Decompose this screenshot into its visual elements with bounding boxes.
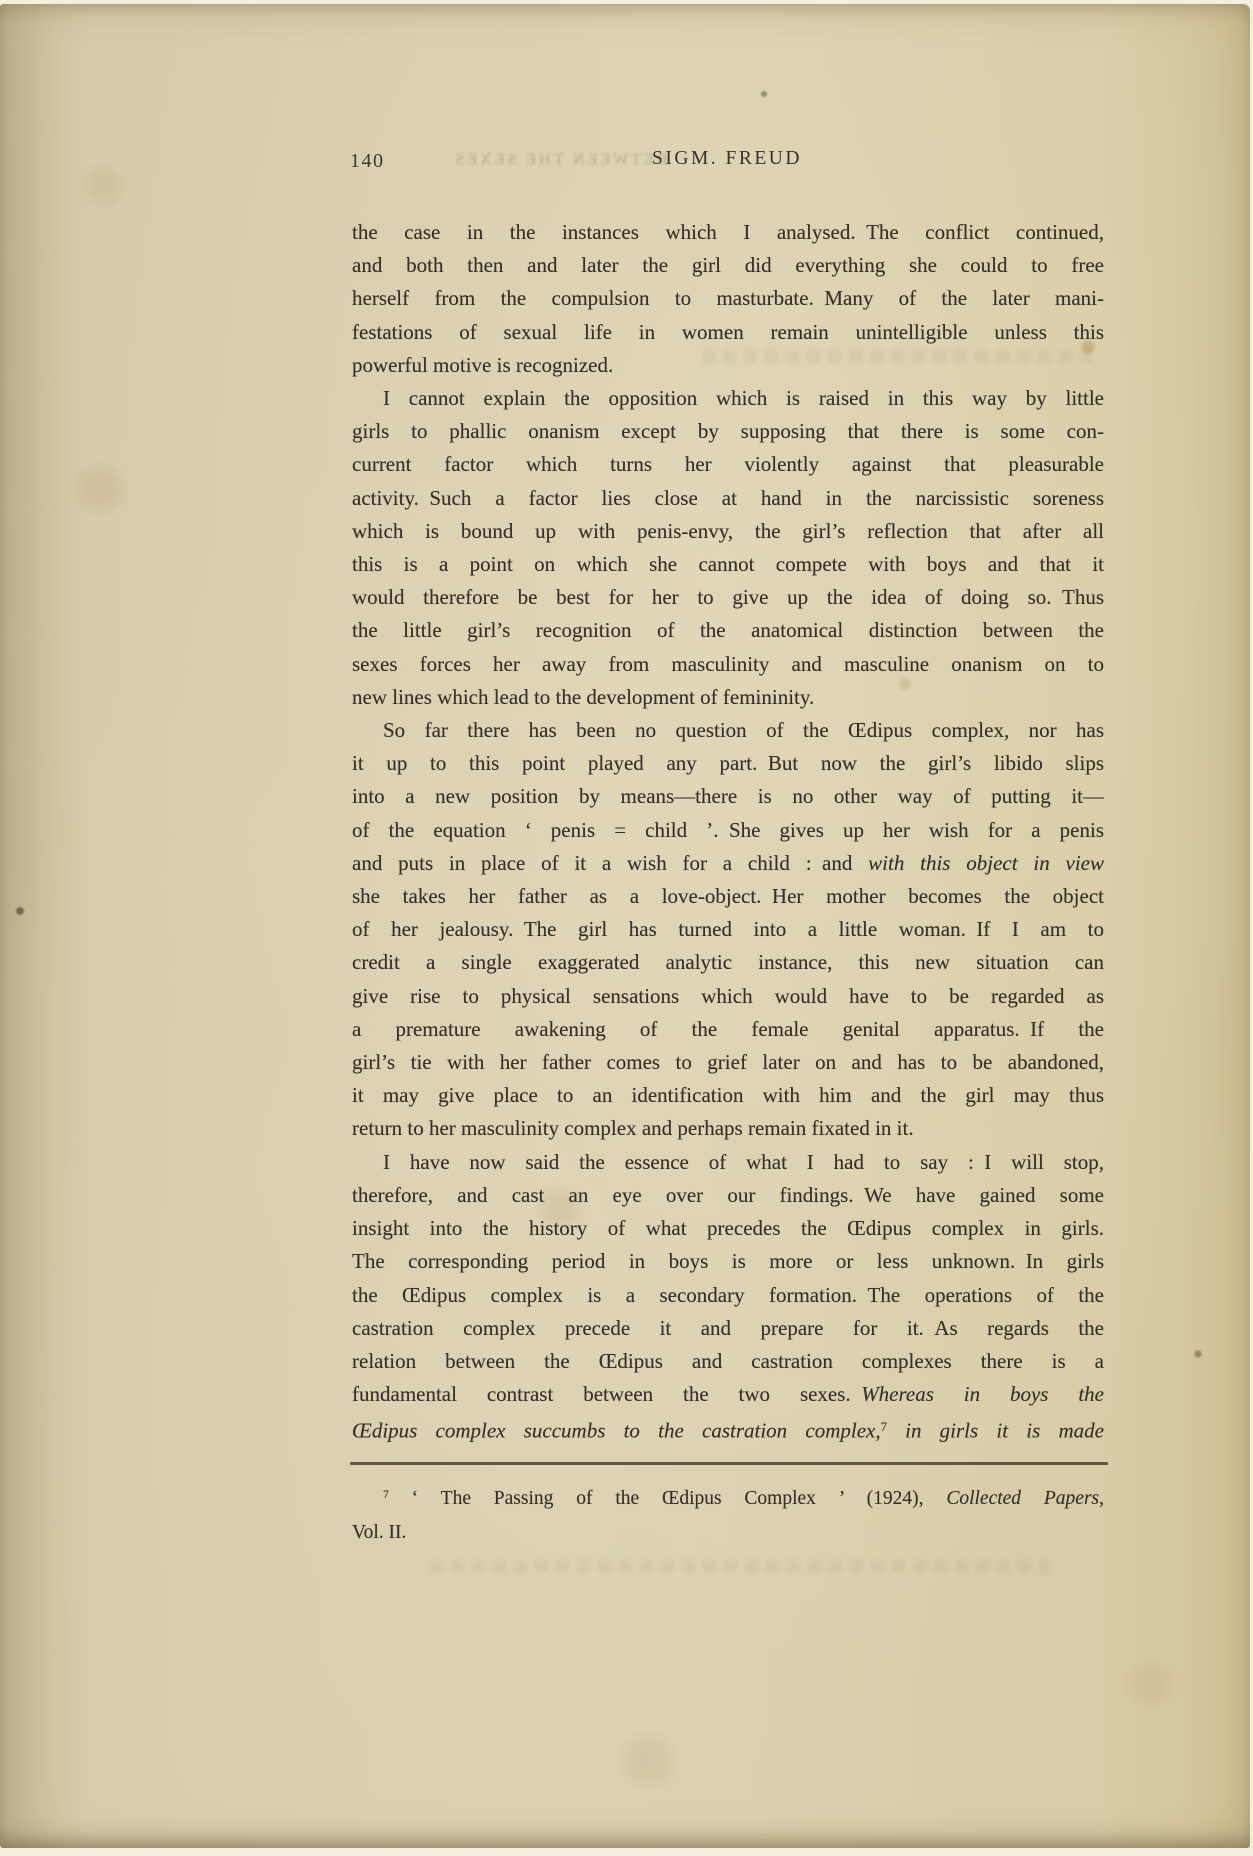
- text-line: therefore, and cast an eye over our find…: [352, 1179, 1104, 1212]
- text-segment: powerful motive is recognized.: [352, 353, 613, 377]
- text-segment: which is bound up with penis-envy, the g…: [352, 519, 1104, 543]
- text-line: Œdipus complex succumbs to the castratio…: [352, 1411, 1104, 1448]
- text-line: So far there has been no question of the…: [352, 714, 1104, 747]
- show-through-smudge: [430, 1560, 1050, 1573]
- text-line: it up to this point played any part. But…: [352, 747, 1104, 780]
- italic-text: with this object in view: [868, 851, 1104, 875]
- text-segment: current factor which turns her violently…: [352, 452, 1104, 476]
- text-line: the case in the instances which I analys…: [352, 216, 1104, 249]
- text-segment: The corresponding period in boys is more…: [352, 1249, 1104, 1273]
- text-line: would therefore be best for her to give …: [352, 581, 1104, 614]
- text-segment: give rise to physical sensations which w…: [352, 984, 1104, 1008]
- text-segment: of the equation ‘ penis = child ’. She g…: [352, 818, 1104, 842]
- text-segment: Vol. II.: [352, 1522, 406, 1543]
- text-line: festations of sexual life in women remai…: [352, 316, 1104, 349]
- page-body-text: the case in the instances which I analys…: [352, 216, 1104, 1448]
- text-line: fundamental contrast between the two sex…: [352, 1378, 1104, 1411]
- page-header: 140 BETWEEN THE SEXES SIGM. FREUD: [350, 148, 1104, 176]
- text-line: into a new position by means—there is no…: [352, 780, 1104, 813]
- text-line: girl’s tie with her father comes to grie…: [352, 1046, 1104, 1079]
- text-line: I cannot explain the opposition which is…: [352, 382, 1104, 415]
- text-line: The corresponding period in boys is more…: [352, 1245, 1104, 1278]
- footnote: 7 ‘ The Passing of the Œdipus Complex ’ …: [352, 1478, 1104, 1549]
- text-segment: and puts in place of it a wish for a chi…: [352, 851, 868, 875]
- text-segment: festations of sexual life in women remai…: [352, 320, 1104, 344]
- text-segment: new lines which lead to the development …: [352, 685, 814, 709]
- text-line: the Œdipus complex is a secondary format…: [352, 1279, 1104, 1312]
- text-segment: return to her masculinity complex and pe…: [352, 1116, 914, 1140]
- text-line: the little girl’s recognition of the ana…: [352, 614, 1104, 647]
- text-segment: of her jealousy. The girl has turned int…: [352, 917, 1104, 941]
- text-segment: girl’s tie with her father comes to grie…: [352, 1050, 1104, 1074]
- text-line: return to her masculinity complex and pe…: [352, 1112, 1104, 1145]
- text-line: of the equation ‘ penis = child ’. She g…: [352, 814, 1104, 847]
- text-line: I have now said the essence of what I ha…: [352, 1146, 1104, 1179]
- text-line: give rise to physical sensations which w…: [352, 980, 1104, 1013]
- text-line: castration complex precede it and prepar…: [352, 1312, 1104, 1345]
- text-segment: ,: [1099, 1488, 1104, 1509]
- footnote-rule: [350, 1462, 1108, 1465]
- text-segment: this is a point on which she cannot comp…: [352, 552, 1104, 576]
- text-segment: and both then and later the girl did eve…: [352, 253, 1104, 277]
- text-line: credit a single exaggerated analytic ins…: [352, 946, 1104, 979]
- text-line: girls to phallic onanism except by suppo…: [352, 415, 1104, 448]
- text-line: she takes her father as a love-object. H…: [352, 880, 1104, 913]
- text-segment: it up to this point played any part. But…: [352, 751, 1104, 775]
- text-segment: the Œdipus complex is a secondary format…: [352, 1283, 1104, 1307]
- text-segment: So far there has been no question of the…: [383, 718, 1104, 742]
- text-line: Vol. II.: [352, 1516, 1104, 1550]
- italic-text: Whereas in boys the: [861, 1382, 1104, 1406]
- text-line: sexes forces her away from masculinity a…: [352, 648, 1104, 681]
- text-line: which is bound up with penis-envy, the g…: [352, 515, 1104, 548]
- text-segment: a premature awakening of the female geni…: [352, 1017, 1104, 1041]
- text-segment: into a new position by means—there is no…: [352, 784, 1104, 808]
- text-segment: insight into the history of what precede…: [352, 1216, 1104, 1240]
- text-line: powerful motive is recognized.: [352, 349, 1104, 382]
- text-segment: sexes forces her away from masculinity a…: [352, 652, 1104, 676]
- text-segment: would therefore be best for her to give …: [352, 585, 1104, 609]
- text-segment: therefore, and cast an eye over our find…: [352, 1183, 1104, 1207]
- text-line: this is a point on which she cannot comp…: [352, 548, 1104, 581]
- text-line: new lines which lead to the development …: [352, 681, 1104, 714]
- running-head: SIGM. FREUD: [350, 148, 1104, 170]
- scanned-book-page: { "page": { "number": "140", "running_he…: [0, 0, 1253, 1856]
- text-segment: the case in the instances which I analys…: [352, 220, 1104, 244]
- text-line: it may give place to an identification w…: [352, 1079, 1104, 1112]
- text-segment: castration complex precede it and prepar…: [352, 1316, 1104, 1340]
- text-segment: ‘ The Passing of the Œdipus Complex ’ (1…: [389, 1488, 946, 1509]
- text-segment: credit a single exaggerated analytic ins…: [352, 950, 1104, 974]
- page-paper: 140 BETWEEN THE SEXES SIGM. FREUD the ca…: [0, 4, 1250, 1848]
- text-segment: she takes her father as a love-object. H…: [352, 884, 1104, 908]
- text-segment: I cannot explain the opposition which is…: [383, 386, 1104, 410]
- text-segment: fundamental contrast between the two sex…: [352, 1382, 861, 1406]
- italic-text: Collected Papers: [946, 1488, 1099, 1509]
- text-line: 7 ‘ The Passing of the Œdipus Complex ’ …: [352, 1478, 1104, 1516]
- text-line: a premature awakening of the female geni…: [352, 1013, 1104, 1046]
- text-segment: it may give place to an identification w…: [352, 1083, 1104, 1107]
- text-segment: the little girl’s recognition of the ana…: [352, 618, 1104, 642]
- italic-text: in girls it is made: [887, 1419, 1104, 1443]
- text-line: and both then and later the girl did eve…: [352, 249, 1104, 282]
- text-segment: I have now said the essence of what I ha…: [383, 1150, 1104, 1174]
- text-segment: herself from the compulsion to masturbat…: [352, 286, 1104, 310]
- text-line: of her jealousy. The girl has turned int…: [352, 913, 1104, 946]
- text-segment: activity. Such a factor lies close at ha…: [352, 486, 1104, 510]
- text-line: insight into the history of what precede…: [352, 1212, 1104, 1245]
- text-line: relation between the Œdipus and castrati…: [352, 1345, 1104, 1378]
- italic-text: Œdipus complex succumbs to the castratio…: [352, 1419, 881, 1443]
- text-line: and puts in place of it a wish for a chi…: [352, 847, 1104, 880]
- text-line: activity. Such a factor lies close at ha…: [352, 482, 1104, 515]
- text-line: current factor which turns her violently…: [352, 448, 1104, 481]
- text-segment: girls to phallic onanism except by suppo…: [352, 419, 1104, 443]
- text-segment: relation between the Œdipus and castrati…: [352, 1349, 1104, 1373]
- text-line: herself from the compulsion to masturbat…: [352, 282, 1104, 315]
